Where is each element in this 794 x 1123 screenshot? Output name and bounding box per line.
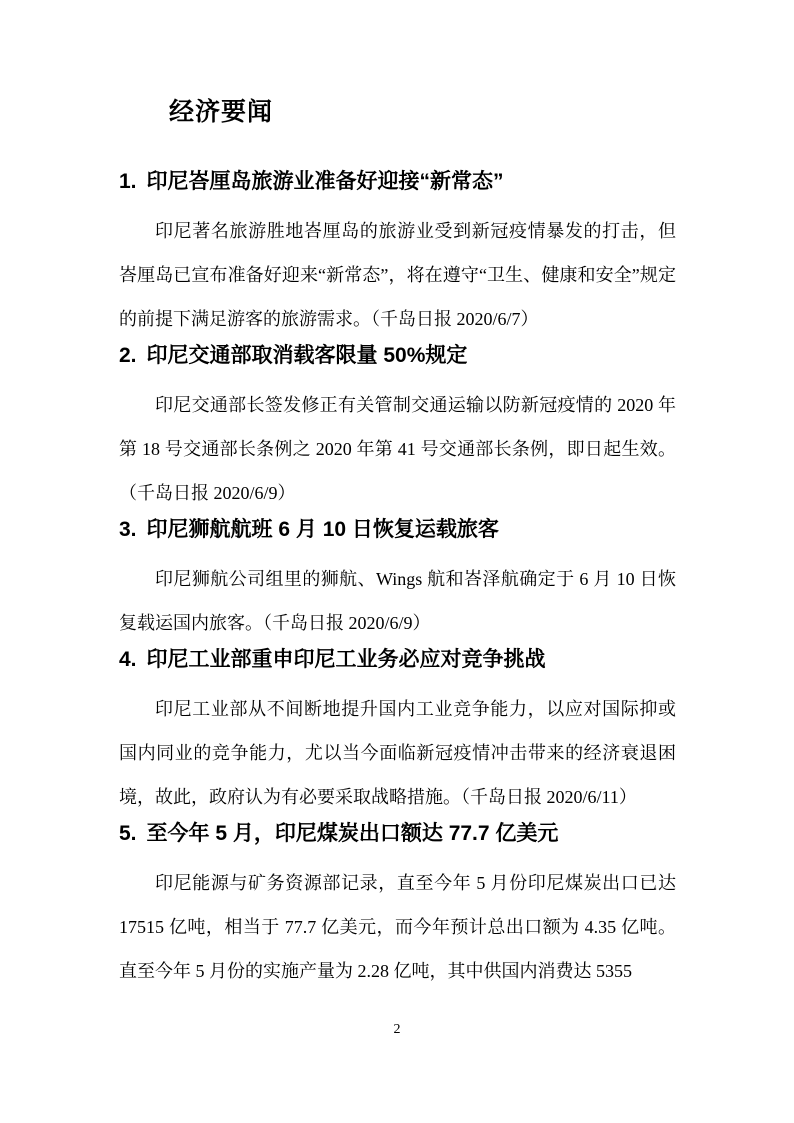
- section-1-number: 1.: [119, 167, 137, 197]
- section-3-title: 印尼狮航航班 6 月 10 日恢复运载旅客: [147, 518, 499, 541]
- section-1-heading: 1.印尼峇厘岛旅游业准备好迎接“新常态”: [119, 167, 676, 197]
- page-number: 2: [0, 1022, 794, 1038]
- section-4-number: 4.: [119, 645, 137, 675]
- section-2-body: 印尼交通部长签发修正有关管制交通运输以防新冠疫情的 2020 年第 18 号交通…: [119, 383, 676, 515]
- section-4-title: 印尼工业部重申印尼工业务必应对竞争挑战: [147, 648, 546, 671]
- section-4-body: 印尼工业部从不间断地提升国内工业竞争能力，以应对国际抑或国内同业的竞争能力，尤以…: [119, 687, 676, 819]
- document-content: 经济要闻 1.印尼峇厘岛旅游业准备好迎接“新常态” 印尼著名旅游胜地峇厘岛的旅游…: [119, 96, 676, 993]
- news-section-2: 2.印尼交通部取消载客限量 50%规定 印尼交通部长签发修正有关管制交通运输以防…: [119, 341, 676, 515]
- section-5-title: 至今年 5 月，印尼煤炭出口额达 77.7 亿美元: [147, 822, 559, 845]
- section-5-body: 印尼能源与矿务资源部记录，直至今年 5 月份印尼煤炭出口已达 17515 亿吨，…: [119, 861, 676, 993]
- news-section-5: 5.至今年 5 月，印尼煤炭出口额达 77.7 亿美元 印尼能源与矿务资源部记录…: [119, 819, 676, 993]
- page-title: 经济要闻: [169, 96, 676, 129]
- section-2-title: 印尼交通部取消载客限量 50%规定: [147, 344, 468, 367]
- news-section-1: 1.印尼峇厘岛旅游业准备好迎接“新常态” 印尼著名旅游胜地峇厘岛的旅游业受到新冠…: [119, 167, 676, 341]
- section-5-heading: 5.至今年 5 月，印尼煤炭出口额达 77.7 亿美元: [119, 819, 676, 849]
- news-section-4: 4.印尼工业部重申印尼工业务必应对竞争挑战 印尼工业部从不间断地提升国内工业竞争…: [119, 645, 676, 819]
- section-3-heading: 3.印尼狮航航班 6 月 10 日恢复运载旅客: [119, 515, 676, 545]
- section-3-number: 3.: [119, 515, 137, 545]
- section-1-title: 印尼峇厘岛旅游业准备好迎接“新常态”: [147, 170, 504, 193]
- section-2-number: 2.: [119, 341, 137, 371]
- section-5-number: 5.: [119, 819, 137, 849]
- section-2-heading: 2.印尼交通部取消载客限量 50%规定: [119, 341, 676, 371]
- section-4-heading: 4.印尼工业部重申印尼工业务必应对竞争挑战: [119, 645, 676, 675]
- section-1-body: 印尼著名旅游胜地峇厘岛的旅游业受到新冠疫情暴发的打击，但峇厘岛已宣布准备好迎来“…: [119, 209, 676, 341]
- news-section-3: 3.印尼狮航航班 6 月 10 日恢复运载旅客 印尼狮航公司组里的狮航、Wing…: [119, 515, 676, 645]
- section-3-body: 印尼狮航公司组里的狮航、Wings 航和峇泽航确定于 6 月 10 日恢复载运国…: [119, 557, 676, 645]
- document-page: 经济要闻 1.印尼峇厘岛旅游业准备好迎接“新常态” 印尼著名旅游胜地峇厘岛的旅游…: [0, 0, 794, 1123]
